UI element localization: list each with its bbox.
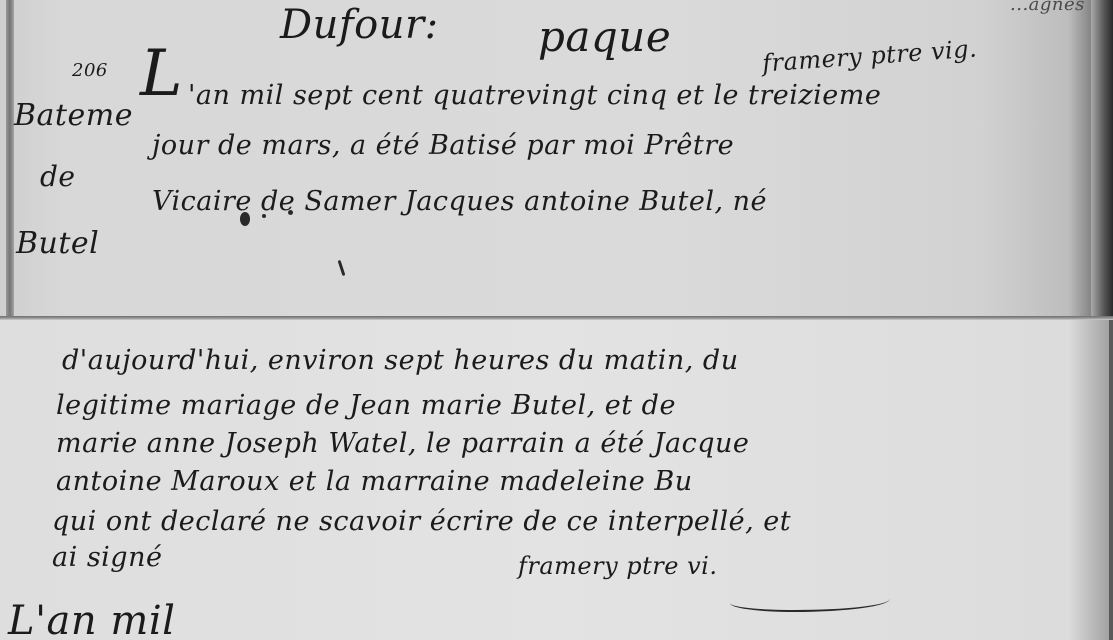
margin-title-line-1: Bateme bbox=[14, 98, 133, 133]
margin-title-line-2: de bbox=[40, 160, 76, 193]
page-edge bbox=[1109, 320, 1113, 640]
ink-speck bbox=[288, 210, 293, 215]
entry-line-1: 'an mil sept cent quatrevingt cinq et le… bbox=[188, 80, 881, 111]
priest-signature-footer: framery ptre vi. bbox=[518, 552, 717, 580]
next-entry-start: L'an mil bbox=[8, 598, 175, 640]
margin-title-line-3: Butel bbox=[16, 226, 99, 261]
header-name-right: paque bbox=[538, 12, 671, 61]
header-name-left: Dufour: bbox=[280, 2, 439, 48]
ink-speck bbox=[262, 214, 266, 218]
entry-number: 206 bbox=[72, 60, 108, 81]
entry-line-7: antoine Maroux et la marraine madeleine … bbox=[56, 466, 693, 497]
entry-line-9: ai signé bbox=[52, 542, 162, 573]
entry-line-8: qui ont declaré ne scavoir écrire de ce … bbox=[52, 506, 791, 537]
entry-line-6: marie anne Joseph Watel, le parrain a ét… bbox=[56, 428, 749, 459]
cut-off-text: ...agnes bbox=[1010, 0, 1085, 15]
ink-trail bbox=[338, 260, 346, 276]
entry-line-5: legitime mariage de Jean marie Butel, et… bbox=[56, 390, 676, 421]
margin-rule bbox=[6, 0, 14, 318]
entry-line-2: jour de mars, a été Batisé par moi Prêtr… bbox=[152, 130, 734, 161]
entry-line-4: d'aujourd'hui, environ sept heures du ma… bbox=[62, 345, 739, 376]
register-page: ...agnes Dufour: paque framery ptre vig.… bbox=[0, 0, 1113, 640]
entry-dropcap: L bbox=[140, 42, 183, 106]
ink-blot bbox=[240, 212, 250, 226]
page-edge-shadow bbox=[1091, 0, 1113, 318]
upper-register-fragment: ...agnes Dufour: paque framery ptre vig.… bbox=[0, 0, 1113, 318]
priest-signature-header: framery ptre vig. bbox=[761, 35, 978, 78]
